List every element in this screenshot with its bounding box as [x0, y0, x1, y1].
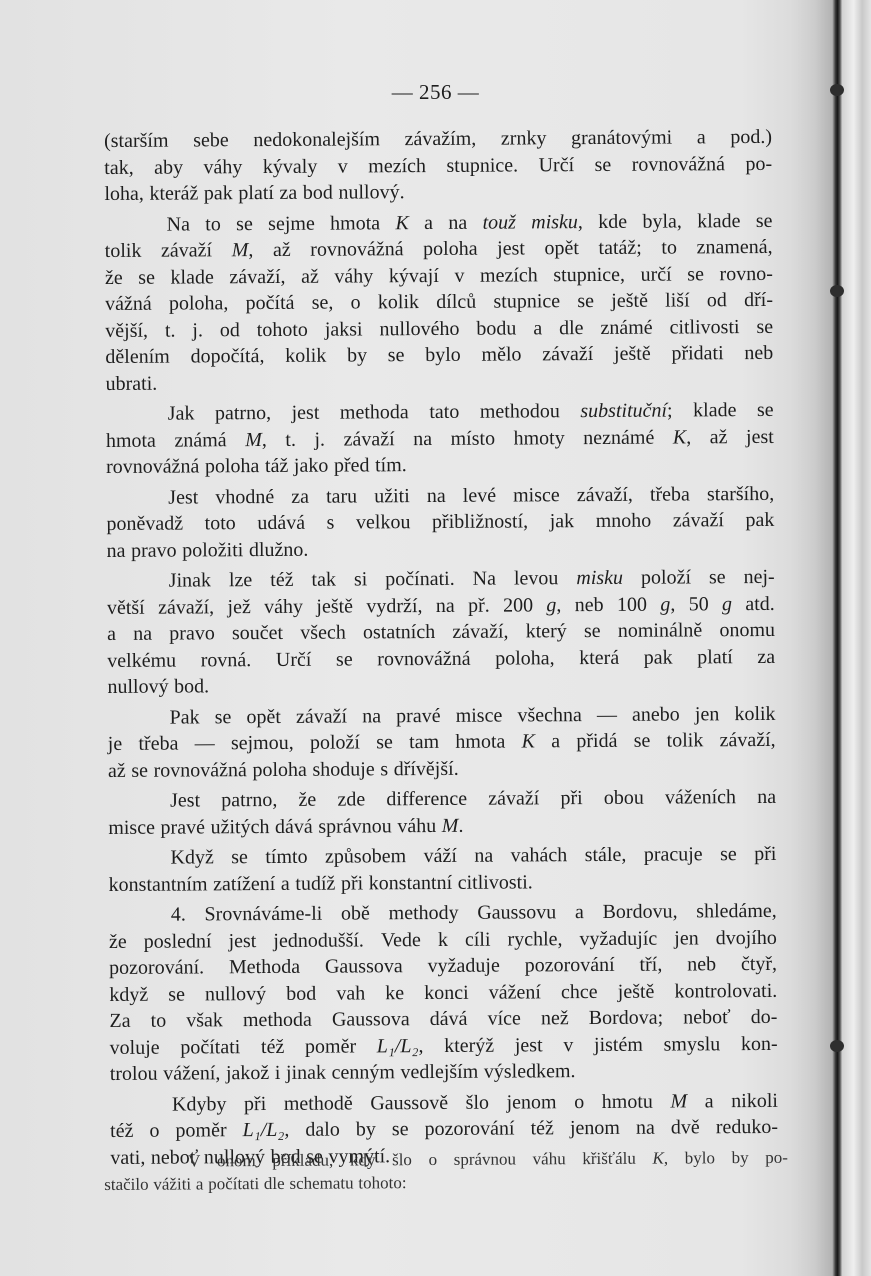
- text-line: rovnovážnápolohatážjakopředtím.: [106, 450, 774, 481]
- small-print-text: Vonompříkladu,kdyšloosprávnouváhukřišťál…: [104, 1146, 788, 1196]
- text-line: Jestpatrno,žezdedifferencezávažípřiobouv…: [108, 784, 776, 815]
- text-line: konstantnímzatíženíatudížpřikonstantníci…: [109, 867, 777, 898]
- text-line: anapravosoučetvšechostatníchzávaží,který…: [107, 617, 775, 648]
- text-line: loha,kterážpakplatízabodnullový.: [104, 177, 772, 208]
- text-line: napravopoložitidlužno.: [107, 533, 775, 564]
- text-line: poněvadžtotoudávásvelkoupřibližností,jak…: [106, 507, 774, 538]
- text-line: žeposledníjestjednodušší.Vedekcílirychle…: [109, 924, 777, 955]
- text-line: (staršímsebenedokonalejšímzávažím,zrnkyg…: [104, 124, 772, 155]
- text-line: Jinaklzetéžtaksipočínati.Nalevoumiskupol…: [107, 564, 775, 595]
- text-line: hmotaznámáM,t.j.závažínamístohmotyneznám…: [106, 423, 774, 454]
- text-line: KdybypřimethoděGaussověšlojenomohmotuMan…: [110, 1087, 778, 1118]
- book-binding: [832, 0, 842, 1276]
- text-line: Jakpatrno,jestmethodatatomethodousubstit…: [106, 397, 774, 428]
- text-line: velkémurovná.Určíserovnovážnápoloha,kter…: [107, 643, 775, 674]
- text-line: nullovýbod.: [107, 670, 775, 701]
- text-line: dělenímdopočítá,kolikbysebylomělozávažíj…: [105, 340, 773, 371]
- facing-page-edge: [842, 0, 871, 1276]
- binding-stitch: [830, 285, 844, 297]
- text-line: kdyžsenullovýbodvahkekonciváženíchceješt…: [109, 977, 777, 1008]
- text-line: Jestvhodnézataruužitinalevémiscezávaží,t…: [106, 480, 774, 511]
- text-line: miscepravéužitýchdávásprávnouváhuM.: [108, 810, 776, 841]
- text-line: 4.Srovnáváme-lioběmethodyGaussovuaBordov…: [109, 898, 777, 929]
- text-line: vější,t.j.odtohotojaksinullovéhoboduadle…: [105, 313, 773, 344]
- text-line: jetřeba—sejmou,položísetamhmotaKapřidáse…: [108, 727, 776, 758]
- text-line: ZatovšakmethodaGaussovadávávícenežBordov…: [109, 1004, 777, 1035]
- page-number: — 256 —: [0, 80, 871, 105]
- text-line: Pakseopětzávažínapravémiscevšechna—anebo…: [108, 700, 776, 731]
- body-text: (staršímsebenedokonalejšímzávažím,zrnkyg…: [104, 124, 778, 1175]
- text-line: NatosesejmehmotaKanatoužmisku,kdebyla,kl…: [105, 207, 773, 238]
- text-line: žesekladezávaží,ažváhykývajívmezíchstupn…: [105, 260, 773, 291]
- text-line: trolouvážení,jakožijinakcennýmvedlejšímv…: [110, 1057, 778, 1088]
- text-line: Kdyžsetímtozpůsobemvážínavaháchstále,pra…: [108, 841, 776, 872]
- text-line: tak,abyváhykývalyvmezíchstupnice.Určíser…: [104, 150, 772, 181]
- text-line: pozorování.MethodaGaussovavyžadujepozoro…: [109, 951, 777, 982]
- text-line: Vonompříkladu,kdyšloosprávnouváhukřišťál…: [104, 1146, 788, 1173]
- text-line: stačilovážitiapočítatidleschematutohoto:: [104, 1169, 788, 1196]
- binding-stitch: [830, 1040, 844, 1052]
- text-line: vážnápoloha,počításe,okolikdílcůstupnice…: [105, 287, 773, 318]
- binding-shadow: [790, 0, 832, 1276]
- text-line: ubrati.: [105, 366, 773, 397]
- text-line: téžopoměrL₁/L₂,dalobysepozorovánítéžjeno…: [110, 1114, 778, 1145]
- text-line: ažserovnovážnápolohashodujesdřívější.: [108, 753, 776, 784]
- text-line: volujepočítatitéžpoměrL₁/L₂,kterýžjestvj…: [110, 1030, 778, 1061]
- text-line: většízávaží,ježváhyještěvydrží,např.200g…: [107, 590, 775, 621]
- text-line: tolikzávažíM,ažrovnovážnápolohajestopětt…: [105, 234, 773, 265]
